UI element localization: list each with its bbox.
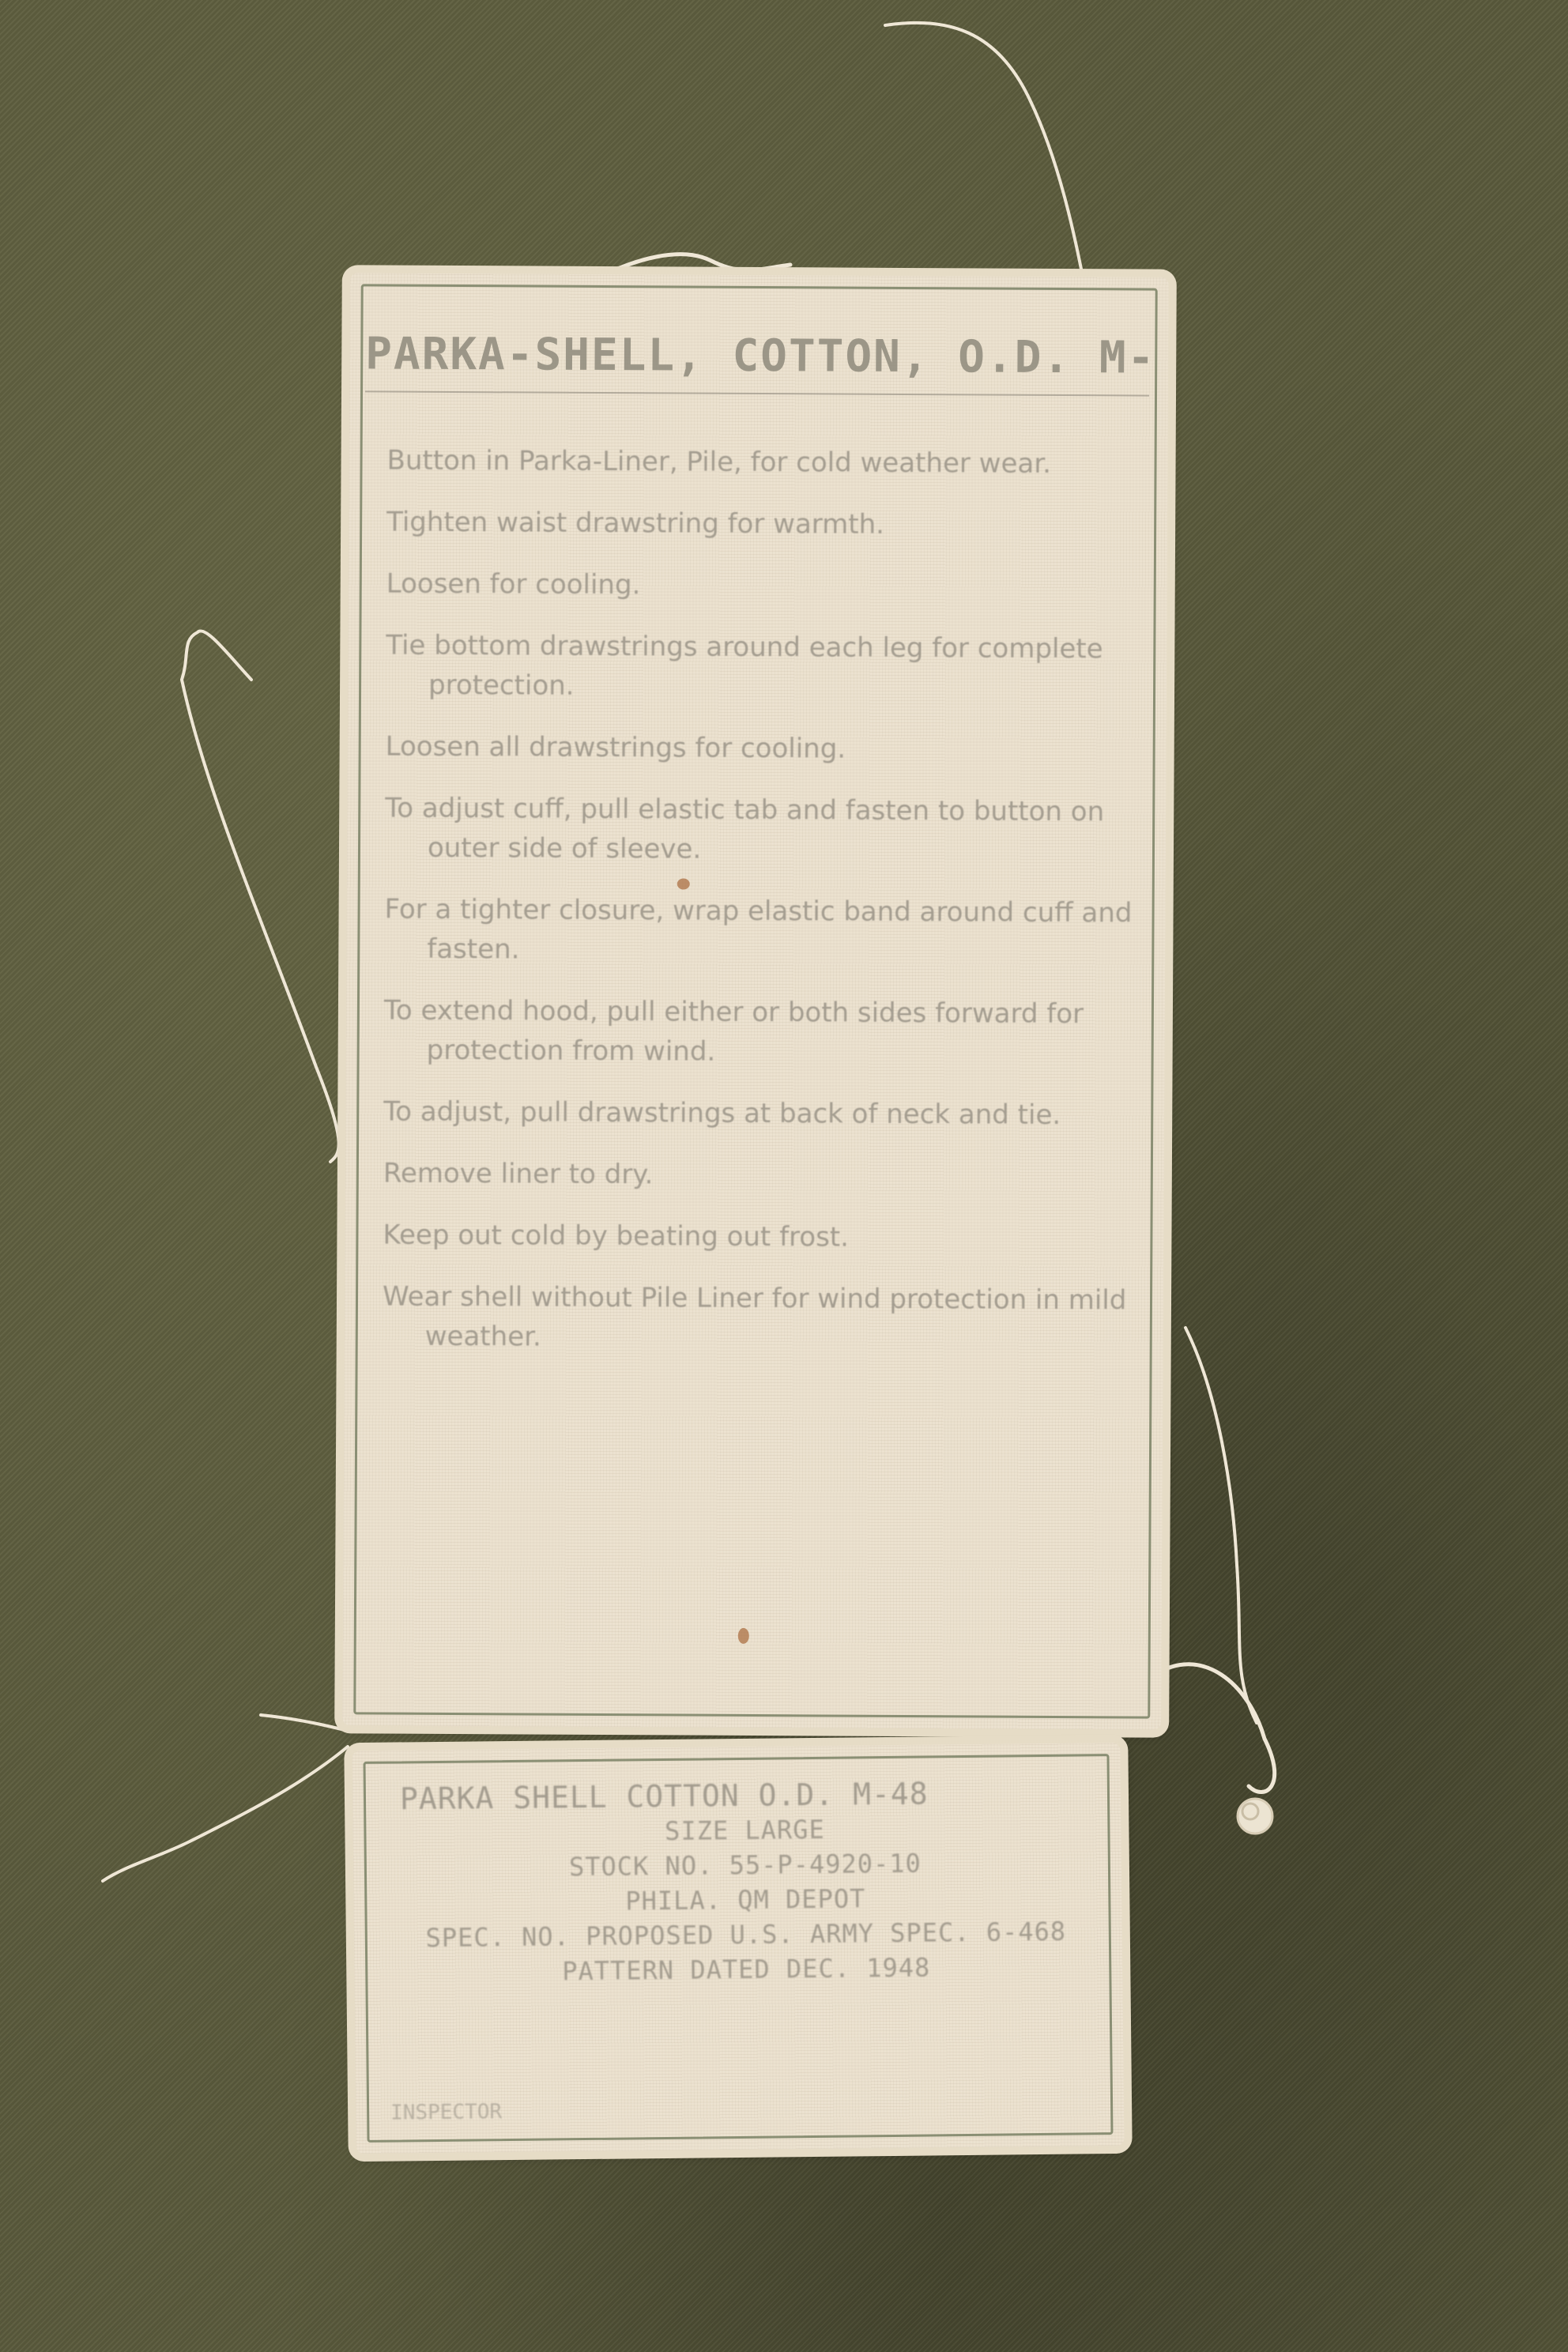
instruction-line: To adjust, pull drawstrings at back of n… (383, 1092, 1133, 1136)
instruction-line: To adjust cuff, pull elastic tab and fas… (385, 789, 1135, 872)
inspector-field: INSPECTOR (390, 2100, 502, 2124)
instruction-line: Loosen all drawstrings for cooling. (386, 727, 1135, 771)
instruction-line: Tighten waist drawstring for warmth. (386, 503, 1136, 546)
instruction-line: Remove liner to dry. (383, 1154, 1133, 1197)
rust-stain (677, 878, 690, 889)
id-line: PATTERN DATED DEC. 1948 (401, 1948, 1091, 1990)
instruction-line: Keep out cold by beating out frost. (383, 1216, 1132, 1259)
instruction-line: To extend hood, pull either or both side… (384, 991, 1134, 1074)
instruction-line: Wear shell without Pile Liner for wind p… (383, 1277, 1133, 1360)
label-title: PARKA-SHELL, COTTON, O.D. M-48 (365, 328, 1149, 396)
instruction-label: PARKA-SHELL, COTTON, O.D. M-48 Button in… (342, 273, 1169, 1729)
instruction-line: Tie bottom drawstrings around each leg f… (386, 626, 1136, 709)
identification-label: PARKA SHELL COTTON O.D. M-48 SIZE LARGE … (352, 1743, 1124, 2154)
rust-stain (738, 1628, 749, 1644)
instruction-line: Button in Parka-Liner, Pile, for cold we… (386, 441, 1136, 484)
instruction-line: For a tighter closure, wrap elastic band… (384, 890, 1134, 973)
instruction-list: Button in Parka-Liner, Pile, for cold we… (382, 441, 1136, 1382)
identification-lines: PARKA SHELL COTTON O.D. M-48 SIZE LARGE … (400, 1774, 1091, 1990)
instruction-line: Loosen for cooling. (386, 564, 1136, 608)
